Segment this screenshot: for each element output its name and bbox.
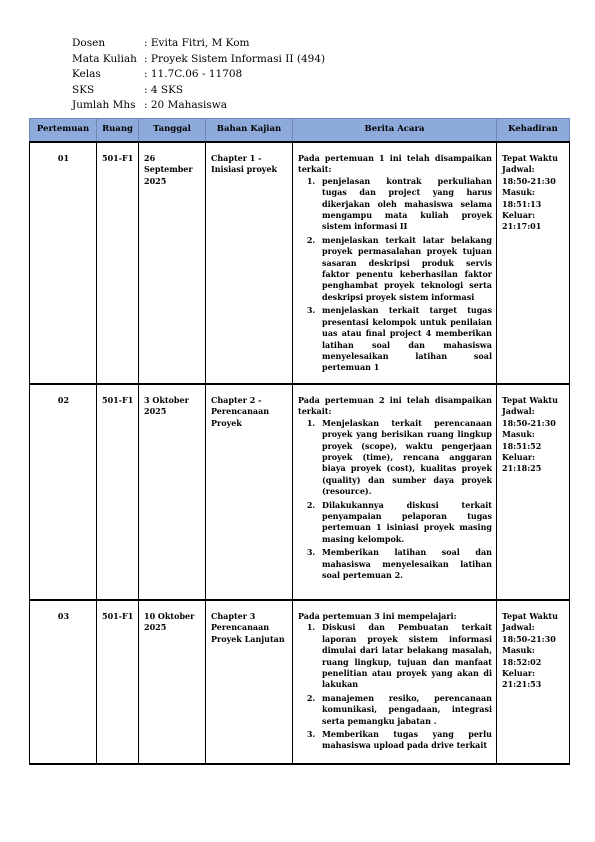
berita-point: menjelaskan terkait target tugas present… <box>318 305 492 373</box>
cell-kehadiran: Tepat Waktu Jadwal: 18:50-21:30 Masuk: 1… <box>497 384 570 600</box>
cell-bahan-kajian: Chapter 1 - Inisiasi proyek <box>206 142 293 384</box>
cell-pertemuan: 03 <box>30 600 97 764</box>
berita-point: menjelaskan terkait latar belakang proye… <box>318 235 492 303</box>
cell-berita-acara: Pada pertemuan 3 ini mempelajari: Diskus… <box>293 600 497 764</box>
berita-point: Memberikan tugas yang perlu mahasiswa up… <box>318 729 492 752</box>
attendance-log-table: Pertemuan Ruang Tanggal Bahan Kajian Ber… <box>29 118 570 765</box>
info-label: SKS <box>72 83 144 99</box>
keluar-label: Keluar: <box>502 210 565 221</box>
jadwal-value: 18:50-21:30 <box>502 418 565 429</box>
masuk-label: Masuk: <box>502 645 565 656</box>
keluar-label: Keluar: <box>502 452 565 463</box>
attendance-status: Tepat Waktu <box>502 395 565 406</box>
keluar-value: 21:21:53 <box>502 679 565 690</box>
cell-pertemuan: 02 <box>30 384 97 600</box>
berita-points: Menjelaskan terkait perencanaan proyek y… <box>298 418 492 582</box>
berita-point: Dilakukannya diskusi terkait penyampaian… <box>318 500 492 546</box>
info-value: : 4 SKS <box>144 83 183 99</box>
cell-bahan-kajian: Chapter 2 - Perencanaan Proyek <box>206 384 293 600</box>
berita-intro: Pada pertemuan 3 ini mempelajari: <box>298 611 492 622</box>
cell-berita-acara: Pada pertemuan 2 ini telah disampaikan t… <box>293 384 497 600</box>
cell-bahan-kajian: Chapter 3 Perencanaan Proyek Lanjutan <box>206 600 293 764</box>
jadwal-label: Jadwal: <box>502 164 565 175</box>
info-row-jumlah-mhs: Jumlah Mhs : 20 Mahasiswa <box>72 98 325 114</box>
cell-tanggal: 26 September 2025 <box>139 142 206 384</box>
berita-intro: Pada pertemuan 2 ini telah disampaikan t… <box>298 395 492 418</box>
cell-tanggal: 10 Oktober 2025 <box>139 600 206 764</box>
info-row-sks: SKS : 4 SKS <box>72 83 325 99</box>
berita-point: Diskusi dan Pembuatan terkait laporan pr… <box>318 622 492 690</box>
header-berita-acara: Berita Acara <box>293 119 497 143</box>
header-pertemuan: Pertemuan <box>30 119 97 143</box>
header-kehadiran: Kehadiran <box>497 119 570 143</box>
keluar-value: 21:17:01 <box>502 221 565 232</box>
info-label: Dosen <box>72 36 144 52</box>
berita-points: penjelasan kontrak perkuliahan tugas dan… <box>298 176 492 374</box>
table-header-row: Pertemuan Ruang Tanggal Bahan Kajian Ber… <box>30 119 570 143</box>
berita-points: Diskusi dan Pembuatan terkait laporan pr… <box>298 622 492 751</box>
attendance-status: Tepat Waktu <box>502 611 565 622</box>
jadwal-label: Jadwal: <box>502 406 565 417</box>
cell-berita-acara: Pada pertemuan 1 ini telah disampaikan t… <box>293 142 497 384</box>
info-value: : 11.7C.06 - 11708 <box>144 67 242 83</box>
jadwal-label: Jadwal: <box>502 622 565 633</box>
info-row-mata-kuliah: Mata Kuliah : Proyek Sistem Informasi II… <box>72 52 325 68</box>
attendance-status: Tepat Waktu <box>502 153 565 164</box>
info-row-dosen: Dosen : Evita Fitri, M Kom <box>72 36 325 52</box>
cell-ruang: 501-F1 <box>97 384 139 600</box>
masuk-label: Masuk: <box>502 187 565 198</box>
jadwal-value: 18:50-21:30 <box>502 176 565 187</box>
berita-point: Menjelaskan terkait perencanaan proyek y… <box>318 418 492 498</box>
berita-point: manajemen resiko, perencanaan komunikasi… <box>318 693 492 727</box>
info-value: : Evita Fitri, M Kom <box>144 36 250 52</box>
table-row: 03 501-F1 10 Oktober 2025 Chapter 3 Pere… <box>30 600 570 764</box>
keluar-value: 21:18:25 <box>502 463 565 474</box>
berita-point: Memberikan latihan soal dan mahasiswa me… <box>318 547 492 581</box>
keluar-label: Keluar: <box>502 668 565 679</box>
cell-kehadiran: Tepat Waktu Jadwal: 18:50-21:30 Masuk: 1… <box>497 600 570 764</box>
cell-kehadiran: Tepat Waktu Jadwal: 18:50-21:30 Masuk: 1… <box>497 142 570 384</box>
header-tanggal: Tanggal <box>139 119 206 143</box>
info-value: : Proyek Sistem Informasi II (494) <box>144 52 325 68</box>
info-value: : 20 Mahasiswa <box>144 98 227 114</box>
masuk-label: Masuk: <box>502 429 565 440</box>
table-row: 02 501-F1 3 Oktober 2025 Chapter 2 - Per… <box>30 384 570 600</box>
info-row-kelas: Kelas : 11.7C.06 - 11708 <box>72 67 325 83</box>
header-ruang: Ruang <box>97 119 139 143</box>
masuk-value: 18:51:13 <box>502 199 565 210</box>
cell-pertemuan: 01 <box>30 142 97 384</box>
info-label: Mata Kuliah <box>72 52 144 68</box>
berita-intro: Pada pertemuan 1 ini telah disampaikan t… <box>298 153 492 176</box>
cell-ruang: 501-F1 <box>97 600 139 764</box>
jadwal-value: 18:50-21:30 <box>502 634 565 645</box>
course-info: Dosen : Evita Fitri, M Kom Mata Kuliah :… <box>72 36 325 114</box>
cell-ruang: 501-F1 <box>97 142 139 384</box>
cell-tanggal: 3 Oktober 2025 <box>139 384 206 600</box>
masuk-value: 18:52:02 <box>502 657 565 668</box>
header-bahan-kajian: Bahan Kajian <box>206 119 293 143</box>
masuk-value: 18:51:52 <box>502 441 565 452</box>
info-label: Jumlah Mhs <box>72 98 144 114</box>
berita-point: penjelasan kontrak perkuliahan tugas dan… <box>318 176 492 233</box>
table-row: 01 501-F1 26 September 2025 Chapter 1 - … <box>30 142 570 384</box>
info-label: Kelas <box>72 67 144 83</box>
